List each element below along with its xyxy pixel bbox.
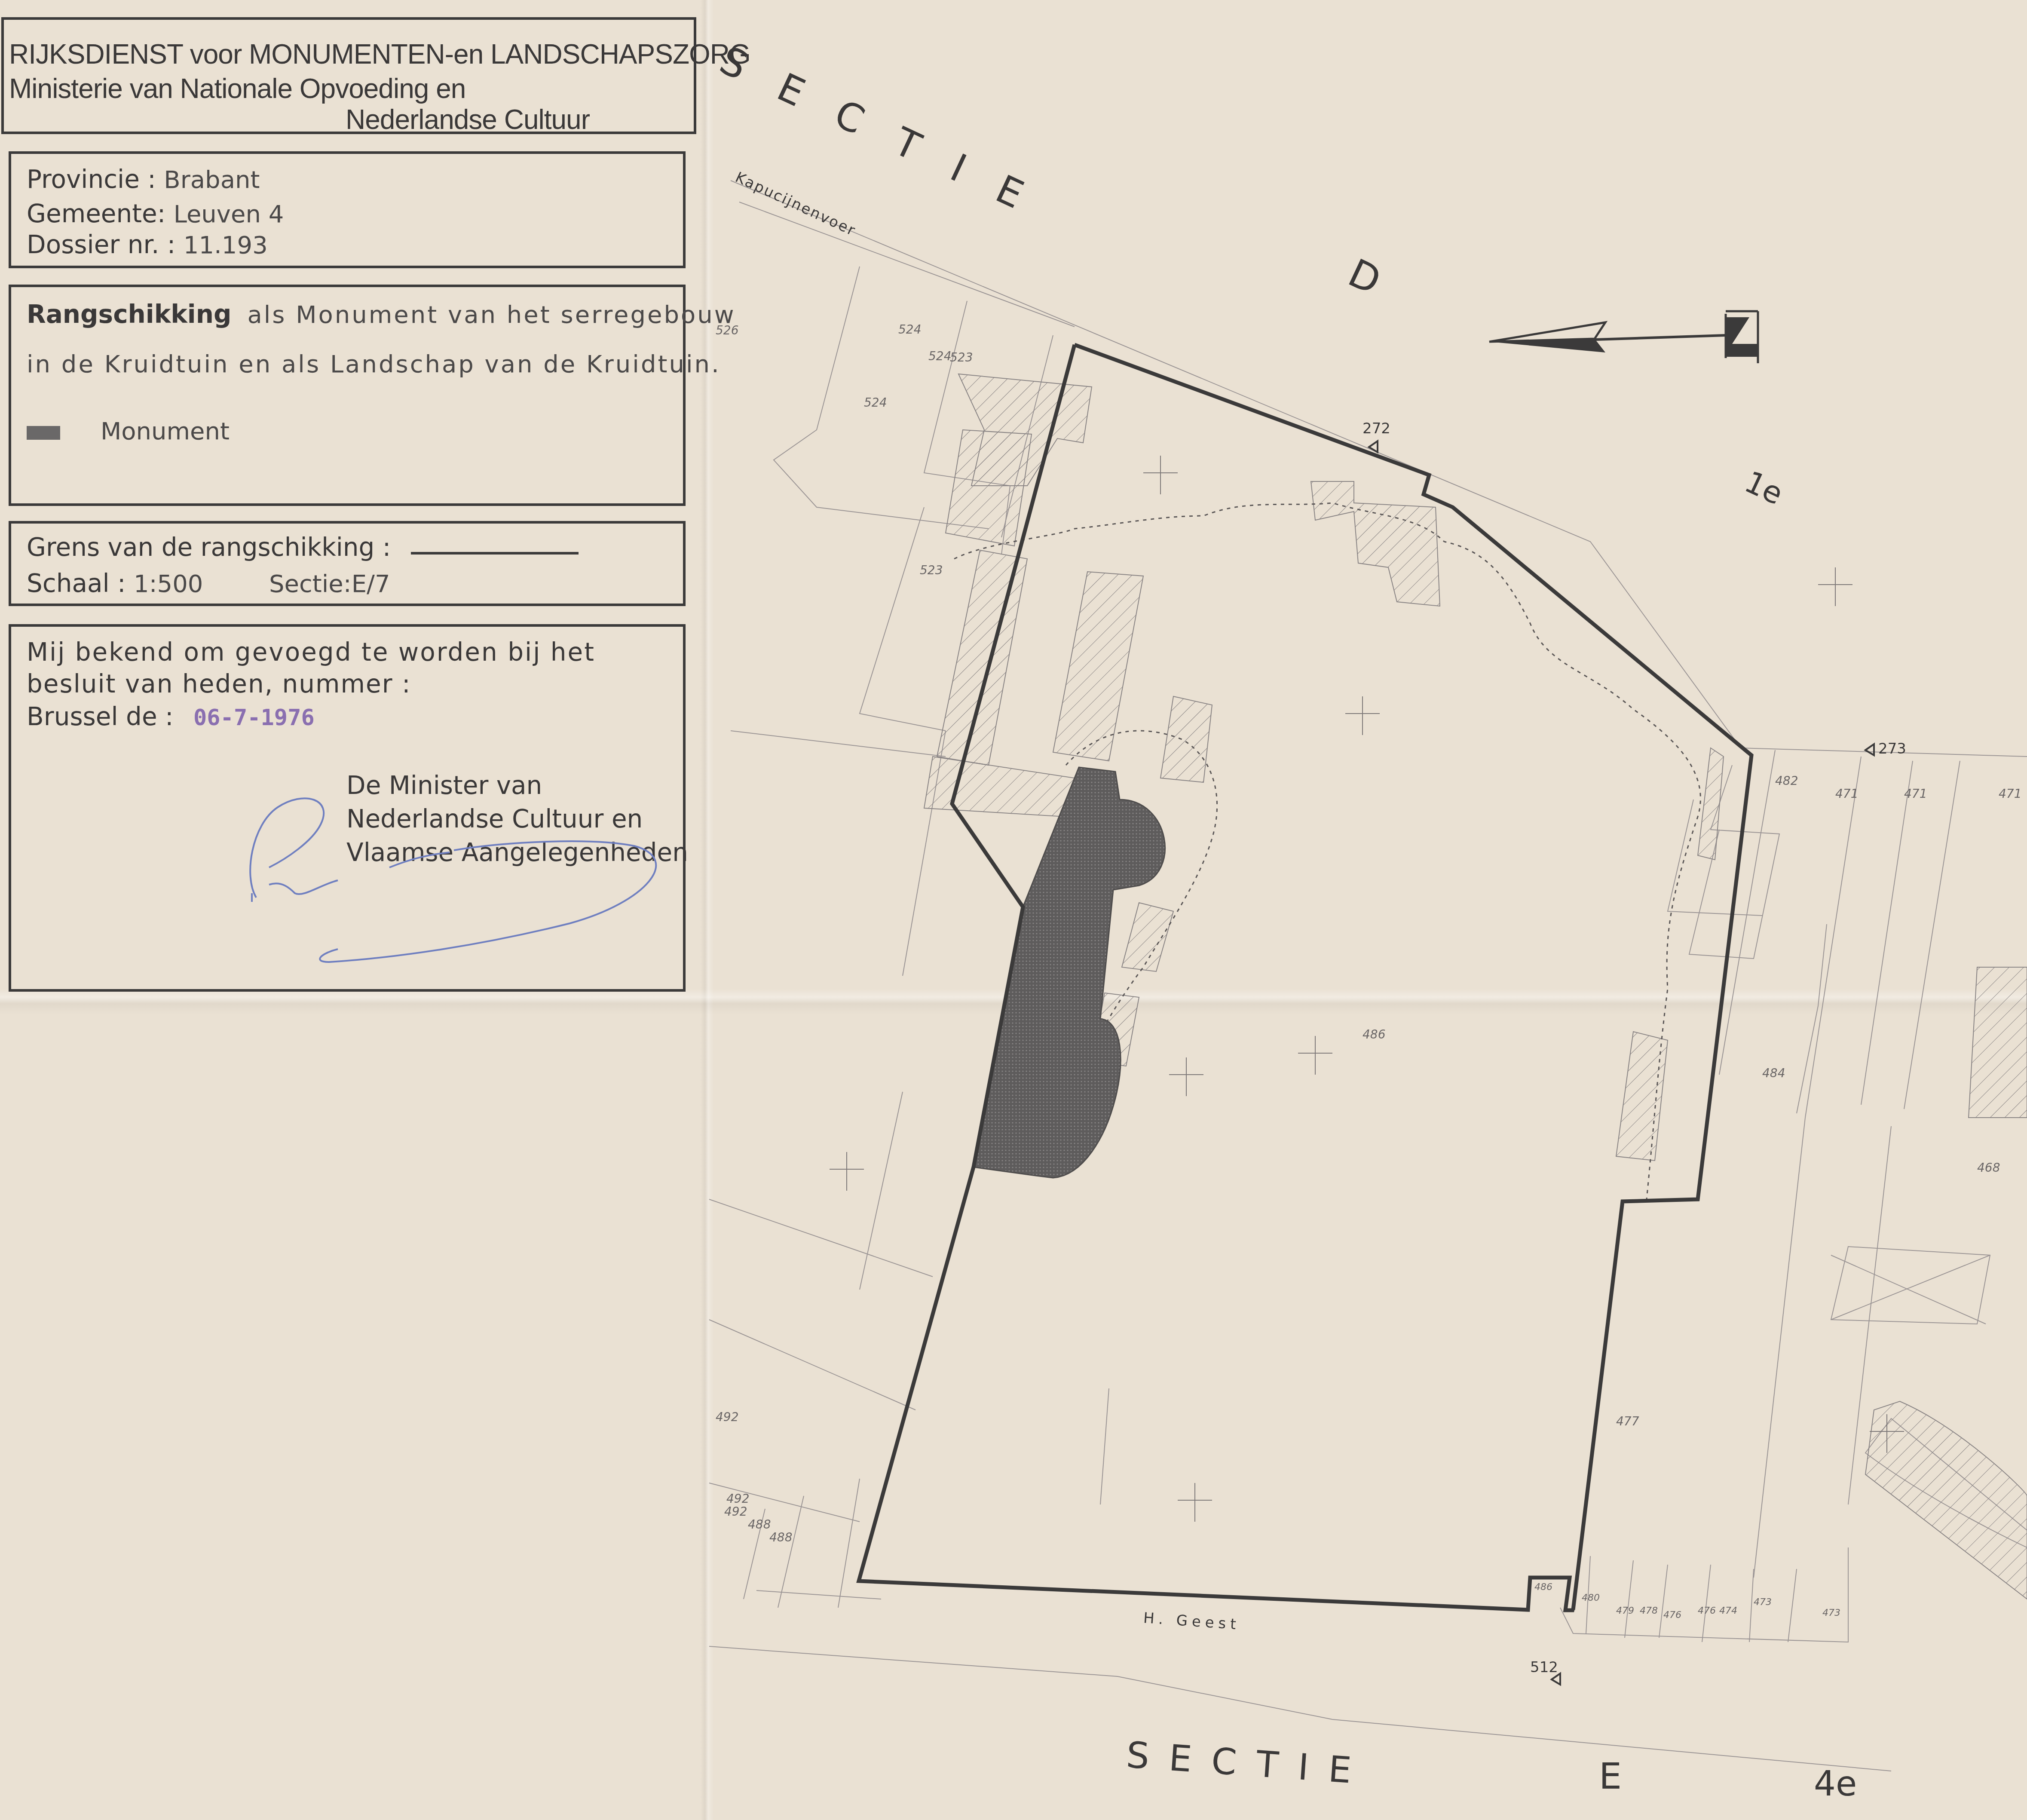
parcel-label: 484 [1762,1066,1785,1080]
parcel-label: 488 [769,1530,792,1544]
north-arrow-icon [1489,311,1758,363]
survey-point-512: 512 [1530,1660,1558,1675]
parcel-label: 476 [1663,1610,1681,1621]
parcel-label: 473 [1822,1608,1840,1618]
parcel-label: 478 [1640,1606,1658,1616]
survey-point-272: 272 [1363,421,1390,436]
parcel-label: 477 [1616,1414,1639,1428]
parcel-label: 471 [1999,787,2021,801]
parcel-label: 523 [920,563,943,577]
parcel-label: 471 [1835,787,1858,801]
parcel-label: 524 [898,322,921,337]
parcel-label: 523 [950,350,973,365]
parcel-label: 524 [928,349,951,363]
parcel-label: 492 [724,1504,747,1519]
parcel-label: 482 [1775,774,1798,788]
parcel-label: 473 [1754,1597,1772,1608]
parcel-label: 468 [1977,1161,2000,1175]
survey-point-273: 273 [1878,741,1906,756]
parcel-label: 474 [1719,1606,1737,1616]
parcel-label: 479 [1616,1606,1634,1616]
parcel-label: 486 [1363,1027,1385,1042]
parcel-label: 480 [1582,1593,1600,1603]
parcel-label: 492 [726,1492,749,1506]
parcel-label: 526 [716,323,738,337]
cadastral-map [0,0,2027,1820]
parcel-label: 492 [716,1410,738,1424]
monument-greenhouse [974,767,1165,1178]
parcel-label: 471 [1904,787,1927,801]
survey-point-icons [1369,441,1874,1685]
section-e-division: 4e [1814,1767,1857,1801]
parcel-label: 476 [1698,1606,1716,1616]
parcel-label: 524 [864,395,887,410]
parcel-label: 486 [1534,1582,1552,1593]
parcel-lines [709,181,2027,1771]
parcel-label: 488 [748,1517,771,1532]
section-e-letter: E [1599,1758,1622,1794]
